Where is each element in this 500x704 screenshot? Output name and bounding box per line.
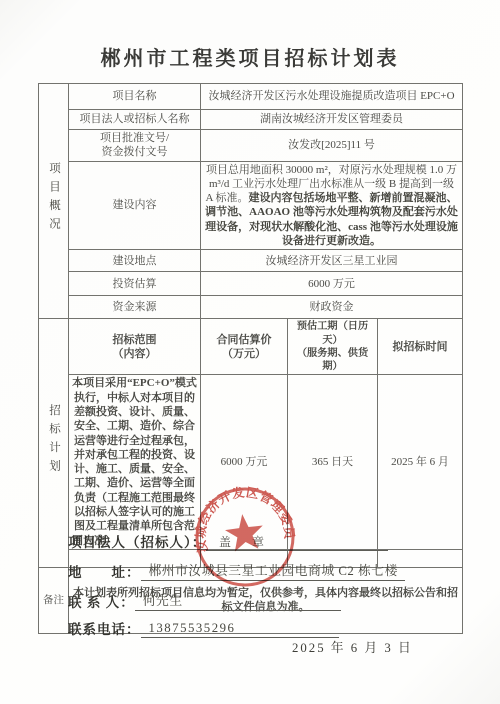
- construction-content-value: 项目总用地面积 30000 m²，对原污水处理规模 1.0 万 m³/d 工业污…: [201, 161, 463, 250]
- project-name-value: 汝城经济开发区污水处理设施提质改造项目 EPC+O: [201, 84, 463, 110]
- plan-vertical-text: 招标计划: [46, 404, 61, 478]
- seal-text: 汝城经济开发区管理委员会: [150, 442, 297, 559]
- document-date: 2025 年 6 月 3 日: [292, 637, 413, 656]
- approval-doc-value: 汝发改[2025]11 号: [201, 130, 463, 162]
- funding-label: 资金来源: [69, 296, 201, 319]
- location-value: 汝城经济开发区三星工业园: [201, 250, 463, 272]
- phone-label: 联系电话：: [68, 618, 141, 638]
- header-duration-line2: （服务期、供货期）: [291, 347, 374, 374]
- construction-content-label: 建设内容: [69, 161, 201, 250]
- section-remark-label: 备注: [39, 567, 69, 633]
- address-label: 地 址：: [68, 561, 141, 581]
- header-duration-line1: 预估工期（日历天）: [291, 320, 374, 347]
- header-time: 拟招标时间: [378, 319, 463, 375]
- investment-value: 6000 万元: [201, 272, 463, 296]
- header-scope-line2: （内容）: [72, 347, 197, 361]
- location-label: 建设地点: [69, 250, 201, 272]
- document-page: 郴州市工程类项目招标计划表 项目概况 项目名称 汝城经济开发区污水处理设施提质改…: [0, 0, 500, 704]
- investment-label: 投资估算: [69, 272, 201, 296]
- header-price-line1: 合同估算价: [204, 333, 284, 347]
- legal-entity-label: 项目法人或招标人名称: [69, 110, 201, 130]
- contact-label: 联 系 人：: [68, 591, 135, 611]
- legal-entity-value: 湖南汝城经济开发区管理委员: [201, 110, 463, 130]
- seal-star-icon: [223, 512, 265, 553]
- project-name-label: 项目名称: [69, 84, 201, 110]
- svg-text:汝城经济开发区管理委员会: 汝城经济开发区管理委员会: [150, 442, 297, 559]
- funding-value: 财政资金: [201, 296, 463, 319]
- header-scope-line1: 招标范围: [72, 333, 197, 347]
- section-plan-label: 招标计划: [39, 319, 69, 568]
- overview-vertical-text: 项目概况: [46, 162, 61, 236]
- page-title: 郴州市工程类项目招标计划表: [0, 42, 500, 71]
- section-overview-label: 项目概况: [39, 84, 69, 319]
- official-seal: 汝城经济开发区管理委员会: [150, 442, 339, 631]
- approval-doc-label-line2: 资金拨付文号: [72, 145, 197, 159]
- header-duration: 预估工期（日历天） （服务期、供货期）: [288, 319, 378, 375]
- approval-doc-label: 项目批准文号/ 资金拨付文号: [69, 130, 201, 162]
- header-scope: 招标范围 （内容）: [69, 319, 201, 375]
- header-price: 合同估算价 （万元）: [201, 319, 288, 375]
- header-price-line2: （万元）: [204, 347, 284, 361]
- plan-time-cell: 2025 年 6 月: [378, 375, 463, 550]
- approval-doc-label-line1: 项目批准文号/: [72, 131, 197, 145]
